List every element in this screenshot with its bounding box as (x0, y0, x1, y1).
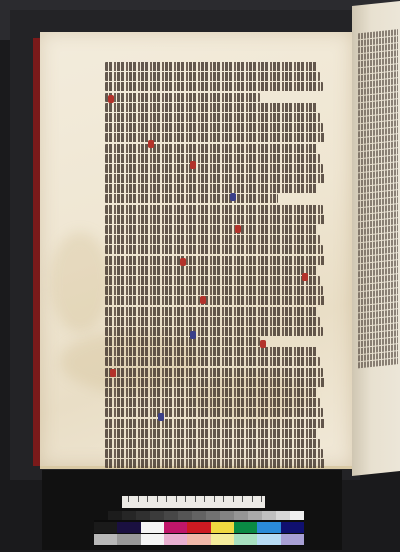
red-initial (200, 296, 206, 304)
color-swatch (220, 511, 234, 520)
color-swatch (257, 522, 280, 533)
ruler-tick (261, 496, 262, 502)
color-swatch (248, 511, 262, 520)
text-line (105, 184, 318, 193)
color-swatch (108, 511, 122, 520)
text-line (105, 245, 323, 254)
red-initial (235, 225, 241, 233)
blue-initial (190, 331, 196, 339)
color-swatch (178, 511, 192, 520)
text-line (105, 368, 323, 377)
red-initial (180, 258, 186, 266)
ruler-tick (147, 496, 148, 502)
text-line (105, 317, 320, 326)
grayscale-strip (94, 511, 304, 520)
text-line (105, 256, 325, 265)
text-line (105, 408, 323, 417)
text-line (105, 144, 318, 153)
gothic-text-block (105, 62, 327, 358)
color-swatch (211, 534, 234, 545)
text-line (105, 439, 320, 448)
color-swatch (117, 534, 140, 545)
text-line (105, 72, 320, 81)
blue-initial (230, 193, 236, 201)
ruler-tick (176, 496, 177, 502)
text-line (105, 62, 318, 71)
red-initial (260, 340, 266, 348)
manuscript-page-recto (352, 1, 400, 476)
text-line (105, 174, 325, 183)
color-swatch (141, 534, 164, 545)
text-line (105, 419, 325, 428)
text-line (105, 123, 323, 132)
color-swatch (276, 511, 290, 520)
color-calibration-chart (94, 511, 304, 546)
red-initial (190, 161, 196, 169)
color-patches-bottom (94, 534, 304, 545)
text-line (105, 337, 260, 346)
ruler-tick (128, 496, 129, 502)
color-swatch (262, 511, 276, 520)
text-line (105, 154, 320, 163)
ruler-tick (204, 496, 205, 502)
text-line (105, 449, 323, 458)
text-line (105, 113, 320, 122)
text-line (105, 103, 318, 112)
text-line (105, 327, 323, 336)
color-swatch (281, 534, 304, 545)
text-line (105, 347, 318, 356)
color-swatch (187, 522, 210, 533)
color-patches-top (94, 522, 304, 533)
text-line (105, 235, 320, 244)
ruler-tick (185, 496, 186, 502)
text-line (105, 388, 318, 397)
red-initial (110, 369, 116, 377)
ruler-tick (233, 496, 234, 502)
color-swatch (257, 534, 280, 545)
text-line (105, 215, 325, 224)
color-swatch (94, 534, 117, 545)
text-line (105, 205, 323, 214)
red-initial (302, 273, 308, 281)
color-swatch (141, 522, 164, 533)
text-line (105, 164, 323, 173)
color-swatch (94, 511, 108, 520)
color-swatch (234, 511, 248, 520)
text-line (105, 429, 318, 438)
text-line (105, 296, 325, 305)
ruler-tick (157, 496, 158, 502)
text-line (105, 133, 325, 142)
color-swatch (164, 522, 187, 533)
red-initial (148, 140, 154, 148)
text-line (105, 357, 320, 366)
color-swatch (290, 511, 304, 520)
ruler-tick (223, 496, 224, 502)
color-swatch (234, 522, 257, 533)
text-line (105, 266, 318, 275)
ruler-tick (252, 496, 253, 502)
parchment-stain (50, 232, 110, 332)
text-line (105, 378, 325, 387)
ruler-tick (138, 496, 139, 502)
text-line (105, 398, 320, 407)
blue-initial (158, 413, 164, 421)
color-swatch (94, 522, 117, 533)
color-swatch (187, 534, 210, 545)
color-swatch (122, 511, 136, 520)
text-line (105, 307, 318, 316)
text-line (105, 286, 323, 295)
color-swatch (206, 511, 220, 520)
ruler-tick (166, 496, 167, 502)
text-line (105, 276, 320, 285)
color-swatch (150, 511, 164, 520)
color-swatch (136, 511, 150, 520)
color-swatch (117, 522, 140, 533)
ruler-tick (242, 496, 243, 502)
text-line (105, 194, 278, 203)
ruler-tick (214, 496, 215, 502)
color-swatch (211, 522, 234, 533)
color-swatch (192, 511, 206, 520)
color-swatch (164, 511, 178, 520)
text-line (105, 459, 325, 468)
text-line (105, 82, 323, 91)
ruler-tick (195, 496, 196, 502)
text-line (105, 225, 318, 234)
color-swatch (234, 534, 257, 545)
color-swatch (281, 522, 304, 533)
red-initial (108, 95, 114, 103)
measurement-ruler (122, 496, 265, 508)
text-line (105, 93, 260, 102)
color-swatch (164, 534, 187, 545)
